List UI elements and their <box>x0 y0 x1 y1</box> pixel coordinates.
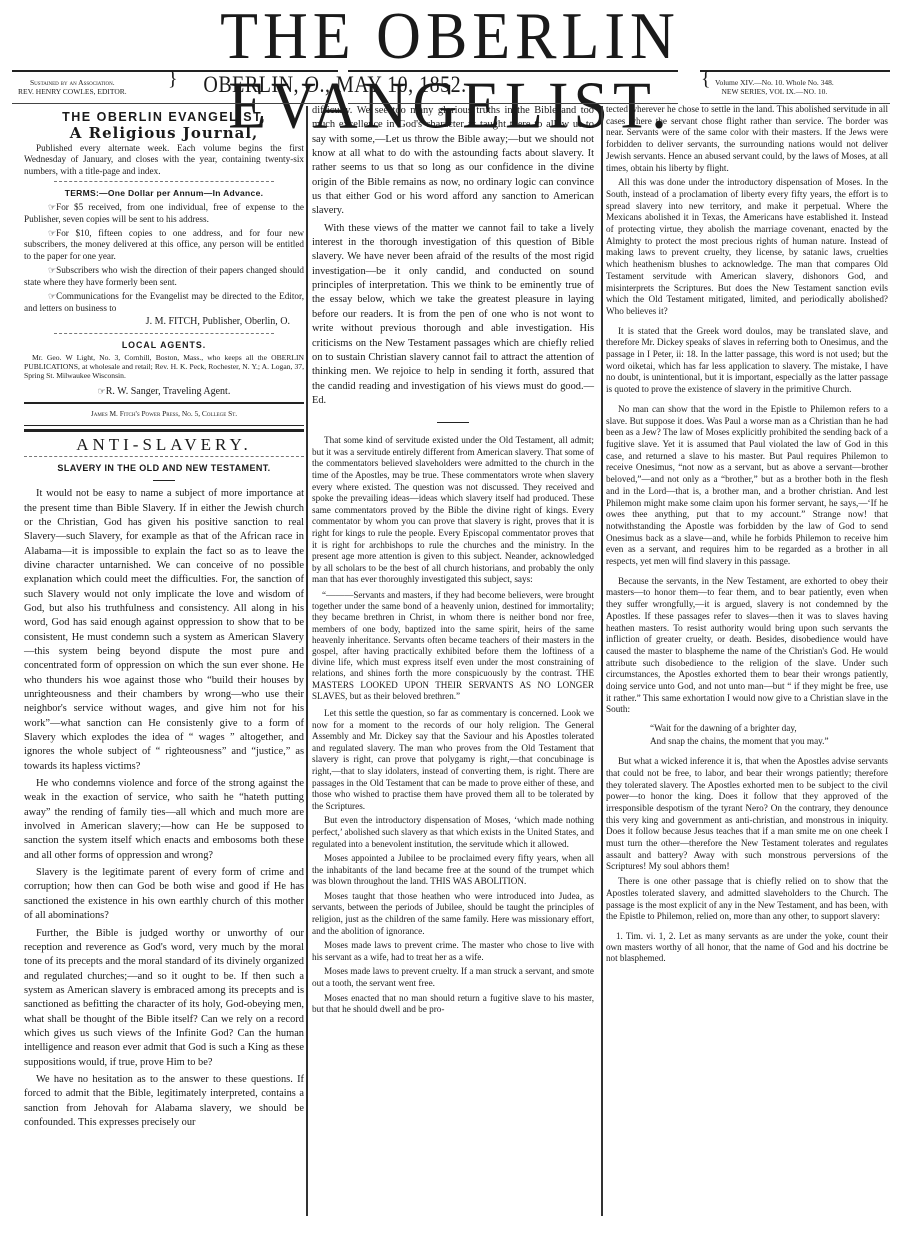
paragraph: It would not be easy to name a subject o… <box>24 487 304 774</box>
neander-quote: “———Servants and masters, if they had be… <box>312 590 594 702</box>
info-box-title: THE OBERLIN EVANGELIST, <box>24 110 304 124</box>
series-line: NEW SERIES, VOL IX.—NO. 10. <box>715 87 834 96</box>
brace-left: } <box>168 75 178 84</box>
pointing-hand-icon: ☞ <box>36 202 56 213</box>
article-title: SLAVERY IN THE OLD AND NEW TESTAMENT. <box>24 456 304 475</box>
column-2: difficulty. We see too many glorious tru… <box>312 104 594 1019</box>
publisher-signature: J. M. FITCH, Publisher, Oberlin, O. <box>24 315 304 329</box>
divider <box>54 333 274 334</box>
paragraph: Further, the Bible is judged worthy or u… <box>24 927 304 1070</box>
brace-right: { <box>701 75 711 84</box>
terms-heading: TERMS:—One Dollar per Annum—In Advance. <box>24 186 304 200</box>
paragraph: We have no hesitation as to the answer t… <box>24 1073 304 1130</box>
dateline-left: Sustained by an Association. REV. HENRY … <box>18 78 127 96</box>
scripture-quote: 1. Tim. vi. 1, 2. Let as many servants a… <box>606 931 888 965</box>
essay-paragraph: Let this settle the question, so far as … <box>312 708 594 812</box>
heavy-rule <box>24 429 304 432</box>
essay-paragraph: But what a wicked inference it is, that … <box>606 756 888 873</box>
section-heading: ANTI-SLAVERY. <box>24 438 304 452</box>
notice-4: ☞Communications for the Evangelist may b… <box>24 291 304 314</box>
essay-paragraph: But even the introductory dispensation o… <box>312 815 594 850</box>
essay-paragraph: Moses appointed a Jubilee to be proclaim… <box>312 853 594 888</box>
press-imprint: James M. Fitch's Power Press, No. 5, Col… <box>24 402 304 425</box>
column-1: THE OBERLIN EVANGELIST, A Religious Jour… <box>24 104 304 1133</box>
local-agents-heading: LOCAL AGENTS. <box>24 338 304 352</box>
traveling-agent: ☞R. W. Sanger, Traveling Agent. <box>24 384 304 399</box>
essay-paragraph: Moses made laws to prevent crime. The ma… <box>312 940 594 963</box>
local-agents-list: Mr. Geo. W Light, No. 3, Cornhill, Bosto… <box>24 353 304 381</box>
notice-3: ☞Subscribers who wish the direction of t… <box>24 265 304 288</box>
essay-paragraph: Moses made laws to prevent cruelty. If a… <box>312 966 594 989</box>
notice-2: ☞For $10, fifteen copies to one address,… <box>24 228 304 262</box>
paragraph: With these views of the matter we cannot… <box>312 222 594 408</box>
publication-info: Published every alternate week. Each vol… <box>24 143 304 177</box>
essay-paragraph: That some kind of servitude existed unde… <box>312 435 594 586</box>
pointing-hand-icon: ☞ <box>36 291 56 302</box>
column-3: tected wherever he chose to settle in th… <box>606 104 888 971</box>
pointing-hand-icon: ☞ <box>36 228 56 239</box>
pointing-hand-icon: ☞ <box>36 265 56 276</box>
paragraph: He who condemns violence and force of th… <box>24 777 304 863</box>
divider <box>54 181 274 182</box>
essay-paragraph: No man can show that the word in the Epi… <box>606 404 888 568</box>
masthead-rule-right <box>700 70 890 72</box>
essay-paragraph: There is one other passage that is chief… <box>606 876 888 923</box>
dateline: Sustained by an Association. REV. HENRY … <box>0 74 900 104</box>
paragraph: difficulty. We see too many glorious tru… <box>312 104 594 219</box>
editor-line: REV. HENRY COWLES, EDITOR. <box>18 87 127 96</box>
column-divider-1 <box>306 106 308 1216</box>
essay-paragraph: It is stated that the Greek word doulos,… <box>606 326 888 396</box>
dateline-right: { Volume XIV.—No. 10. Whole No. 348. NEW… <box>715 78 834 96</box>
volume-line: Volume XIV.—No. 10. Whole No. 348. <box>715 78 834 87</box>
info-box-subtitle: A Religious Journal, <box>24 126 304 140</box>
verse-quote: “Wait for the dawning of a brighter day,… <box>606 722 888 748</box>
essay-paragraph: tected wherever he chose to settle in th… <box>606 104 888 174</box>
essay-paragraph: All this was done under the introductory… <box>606 177 888 317</box>
verse-line: And snap the chains, the moment that you… <box>650 735 888 748</box>
essay-paragraph: Because the servants, in the New Testame… <box>606 576 888 716</box>
verse-line: “Wait for the dawning of a brighter day, <box>650 722 888 735</box>
short-rule <box>437 422 469 423</box>
association-line: Sustained by an Association. <box>18 78 127 87</box>
essay-paragraph: Moses enacted that no man should return … <box>312 993 594 1016</box>
paragraph: Slavery is the legitimate parent of ever… <box>24 866 304 923</box>
short-rule <box>153 480 175 481</box>
date-and-place: OBERLIN, O., MAY 10, 1852. <box>200 72 470 98</box>
notice-1: ☞For $5 received, from one individual, f… <box>24 202 304 225</box>
essay-paragraph: Moses taught that those heathen who were… <box>312 891 594 937</box>
info-box: THE OBERLIN EVANGELIST, A Religious Jour… <box>24 110 304 432</box>
pointing-hand-icon: ☞ <box>98 384 106 398</box>
column-divider-2 <box>601 106 603 1216</box>
